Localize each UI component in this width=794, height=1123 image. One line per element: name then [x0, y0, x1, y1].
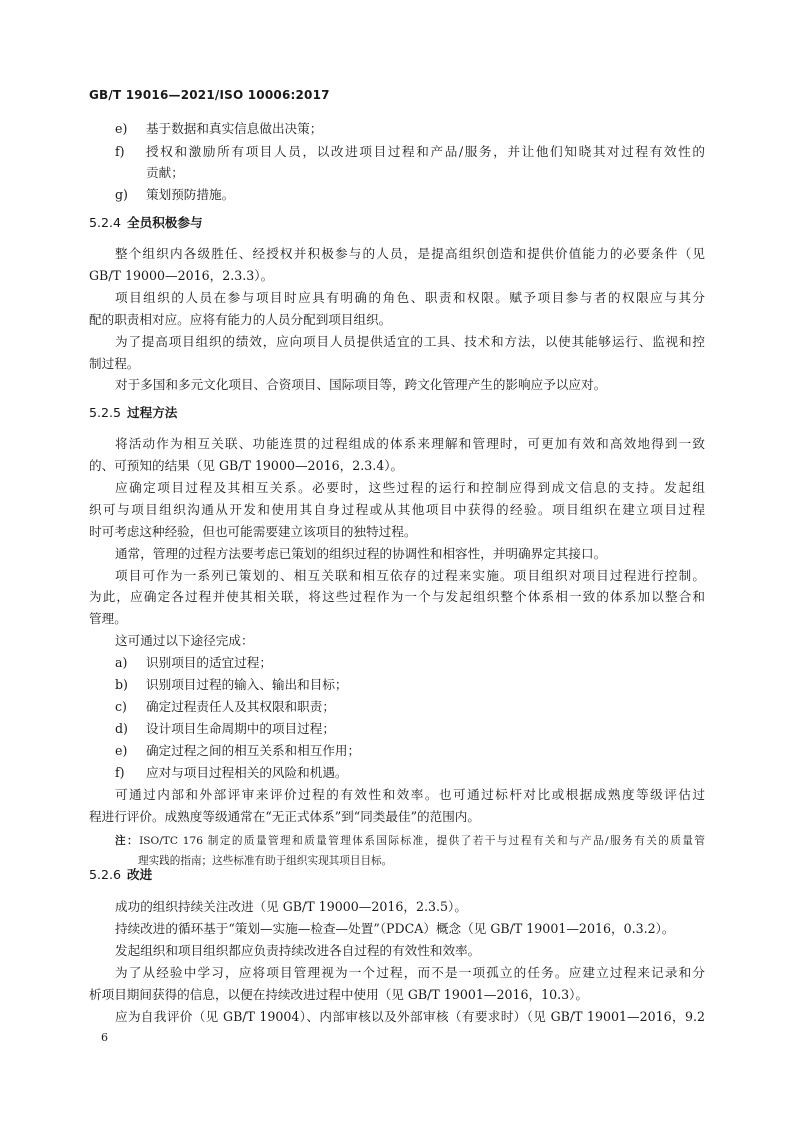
section-title: 过程方法 — [127, 405, 177, 420]
list-item-text: 应对与项目过程相关的风险和机遇。 — [146, 765, 348, 781]
paragraph-line: 程进行评价。成熟度等级通常在“无正式体系”到“同类最佳”的范围内。 — [89, 809, 705, 825]
paragraph-line: 配的职责相对应。应将有能力的人员分配到项目组织。 — [89, 312, 705, 328]
list-item-text: 授权和激励所有项目人员，以改进项目过程和产品/服务，并让他们知晓其对过程有效性的 — [146, 144, 705, 160]
paragraph-line: 这可通过以下途径完成： — [115, 633, 705, 649]
list-item-text: 确定过程责任人及其权限和职责； — [146, 699, 335, 715]
note-line: 理实践的指南；这些标准有助于组织实现其项目目标。 — [138, 854, 392, 868]
paragraph-line: 持续改进的循环基于“策划—实施—检查—处置”（PDCA）概念（见 GB/T 19… — [115, 921, 705, 937]
note-label: 注： — [115, 835, 139, 847]
list-label: f) — [115, 144, 125, 160]
paragraph-line: 成功的组织持续关注改进（见 GB/T 19000—2016，2.3.5）。 — [115, 899, 705, 915]
paragraph-line: 为了从经验中学习，应将项目管理视为一个过程，而不是一项孤立的任务。应建立过程来记… — [115, 965, 705, 981]
paragraph-line: 析项目期间获得的信息，以便在持续改进过程中使用（见 GB/T 19001—201… — [89, 987, 705, 1003]
standard-header: GB/T 19016—2021/ISO 10006:2017 — [89, 88, 330, 102]
note-text: ISO/TC 176 制定的质量管理和质量管理体系国际标准，提供了若干与过程有关… — [139, 835, 705, 847]
list-item-text: 基于数据和真实信息做出决策； — [146, 121, 322, 137]
paragraph-line: 为了提高项目组织的绩效，应向项目人员提供适宜的工具、技术和方法，以使其能够运行、… — [115, 334, 705, 350]
note-line: 注：ISO/TC 176 制定的质量管理和质量管理体系国际标准，提供了若干与过程… — [115, 834, 705, 848]
paragraph-line: 整个组织内各级胜任、经授权并积极参与的人员，是提高组织创造和提供价值能力的必要条… — [115, 246, 705, 262]
page-number: 6 — [101, 1031, 108, 1044]
list-item-text: 设计项目生命周期中的项目过程； — [146, 721, 335, 737]
section-heading-525: 5.2.5过程方法 — [89, 405, 177, 421]
list-label: c) — [115, 699, 127, 715]
list-item-text: 贡献； — [146, 165, 184, 181]
paragraph-line: 可通过内部和外部评审来评价过程的有效性和效率。也可通过标杆对比或根据成熟度等级评… — [115, 787, 705, 803]
paragraph-line: 项目组织的人员在参与项目时应具有明确的角色、职责和权限。赋予项目参与者的权限应与… — [115, 290, 705, 306]
paragraph-line: 通常，管理的过程方法要考虑已策划的组织过程的协调性和相容性，并明确界定其接口。 — [115, 546, 705, 562]
list-label: b) — [115, 677, 128, 693]
section-title: 改进 — [127, 867, 152, 882]
paragraph-line: 应为自我评价（见 GB/T 19004）、内部审核以及外部审核（有要求时）（见 … — [115, 1009, 705, 1025]
list-label: e) — [115, 743, 127, 759]
paragraph-line: 为此，应确定各过程并使其相关联，将这些过程作为一个与发起组织整个体系相一致的体系… — [89, 589, 705, 605]
paragraph-line: 织可与项目组织沟通从开发和使用其自身过程或从其他项目中获得的经验。项目组织在建立… — [89, 502, 705, 518]
paragraph-line: 将活动作为相互关联、功能连贯的过程组成的体系来理解和管理时，可更加有效和高效地得… — [115, 436, 705, 452]
list-item-text: 确定过程之间的相互关系和相互作用； — [146, 743, 360, 759]
section-number: 5.2.5 — [89, 405, 127, 421]
paragraph-line: 管理。 — [89, 611, 705, 627]
paragraph-line: 发起组织和项目组织都应负责持续改进各自过程的有效性和效率。 — [115, 943, 705, 959]
paragraph-line: 时可考虑这种经验，但也可能需要建立该项目的独特过程。 — [89, 524, 705, 540]
list-label: g) — [115, 187, 128, 203]
paragraph-line: 的、可预知的结果（见 GB/T 19000—2016，2.3.4）。 — [89, 458, 705, 474]
paragraph-line: 对于多国和多元文化项目、合资项目、国际项目等，跨文化管理产生的影响应予以应对。 — [115, 377, 705, 393]
section-heading-526: 5.2.6改进 — [89, 867, 152, 883]
list-item-text: 识别项目的适宜过程； — [146, 655, 272, 671]
section-heading-524: 5.2.4全员积极参与 — [89, 215, 203, 231]
list-label: a) — [115, 655, 127, 671]
list-label: f) — [115, 765, 125, 781]
list-item-text: 策划预防措施。 — [146, 187, 234, 203]
list-item-text: 识别项目过程的输入、输出和目标； — [146, 677, 348, 693]
paragraph-line: 制过程。 — [89, 356, 705, 372]
section-title: 全员积极参与 — [127, 215, 203, 230]
paragraph-line: 项目可作为一系列已策划的、相互关联和相互依存的过程来实施。项目组织对项目过程进行… — [115, 568, 705, 584]
section-number: 5.2.6 — [89, 867, 127, 883]
paragraph-line: 应确定项目过程及其相互关系。必要时，这些过程的运行和控制应得到成文信息的支持。发… — [115, 480, 705, 496]
section-number: 5.2.4 — [89, 215, 127, 231]
list-label: e) — [115, 121, 127, 137]
list-label: d) — [115, 721, 128, 737]
paragraph-line: GB/T 19000—2016，2.3.3）。 — [89, 268, 705, 284]
